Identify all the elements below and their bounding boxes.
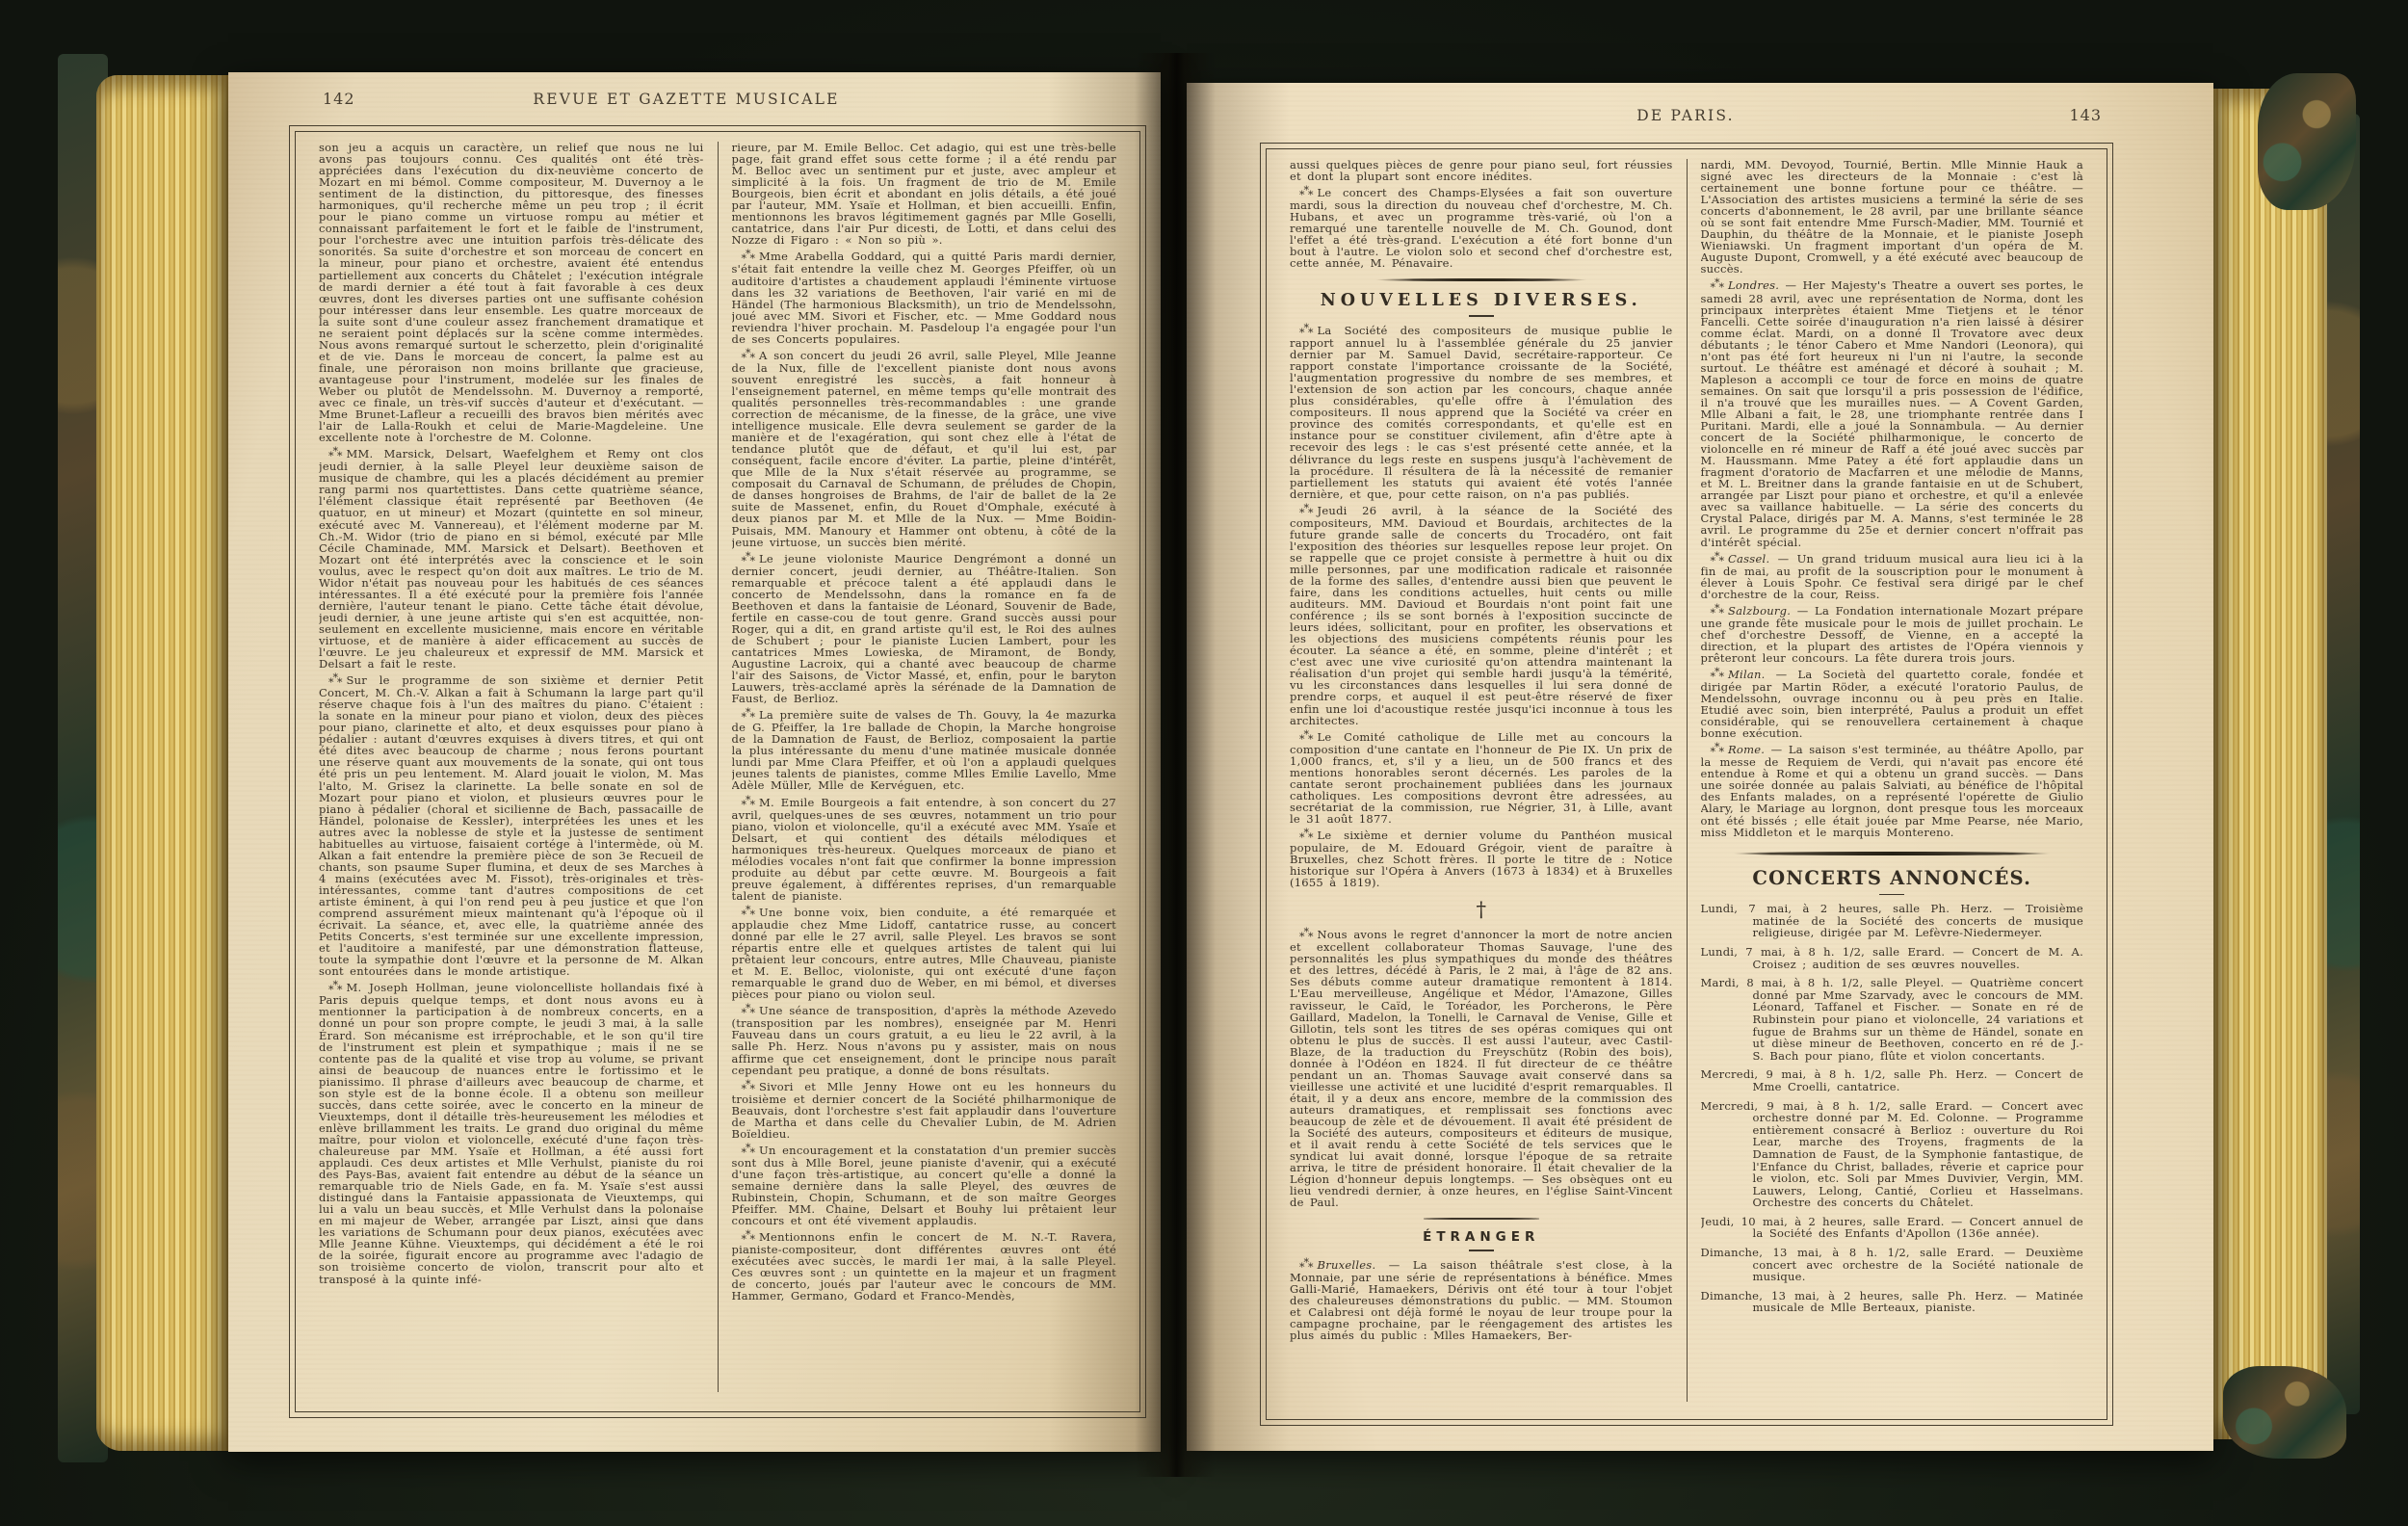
section-heading-nouvelles-diverses: NOUVELLES DIVERSES. (1290, 278, 1673, 317)
section-rule (1375, 278, 1587, 281)
dateline: Milan. (1728, 668, 1766, 681)
marbled-corner-bottom-right (2223, 1366, 2346, 1459)
marbled-corner-top-right (2258, 73, 2356, 210)
left-column-1: son jeu a acquis un caractère, un relief… (319, 142, 704, 1392)
left-page-edges (96, 75, 228, 1451)
news-item: ***Londres. — Her Majesty's Theatre a ou… (1701, 279, 2084, 547)
section-heading-etranger: ÉTRANGER (1290, 1218, 1673, 1251)
news-item: ***Mme Arabella Goddard, qui a quitté Pa… (732, 250, 1117, 344)
news-item: ***Le concert des Champs-Elysées a fait … (1290, 187, 1673, 269)
article-paragraph: aussi quelques pièces de genre pour pian… (1290, 159, 1673, 182)
right-column-1: aussi quelques pièces de genre pour pian… (1290, 159, 1673, 1402)
news-item: ***La Société des compositeurs de musiqu… (1290, 325, 1673, 500)
left-column-2: rieure, par M. Emile Belloc. Cet adagio,… (732, 142, 1117, 1392)
article-paragraph: son jeu a acquis un caractère, un relief… (319, 142, 704, 443)
heading-dash (1469, 1250, 1494, 1251)
news-item: ***Un encouragement et la constatation d… (732, 1144, 1117, 1226)
book-photograph: 142 REVUE ET GAZETTE MUSICALE son jeu a … (0, 0, 2408, 1526)
news-item: ***M. Emile Bourgeois a fait entendre, à… (732, 797, 1117, 902)
section-heading-concerts-annonces: CONCERTS ANNONCÉS. (1701, 852, 2084, 896)
news-item: ***Une séance de transposition, d'après … (732, 1005, 1117, 1075)
news-item: ***Mentionnons enfin le concert de M. N.… (732, 1231, 1117, 1302)
concert-listing: Lundi, 7 mai, à 2 heures, salle Ph. Herz… (1701, 903, 2084, 939)
news-item: ***Cassel. — Un grand triduum musical au… (1701, 553, 2084, 600)
concert-listing: Mercredi, 9 mai, à 8 h. 1/2, salle Ph. H… (1701, 1068, 2084, 1092)
dateline: Salzbourg. (1728, 604, 1791, 618)
left-page: 142 REVUE ET GAZETTE MUSICALE son jeu a … (228, 72, 1161, 1452)
journal-title: REVUE ET GAZETTE MUSICALE (289, 91, 1084, 108)
news-item: ***Jeudi 26 avril, à la séance de la Soc… (1290, 505, 1673, 726)
dateline: Londres. (1728, 278, 1779, 292)
right-page-edges (2213, 89, 2327, 1439)
heading-dash (1879, 894, 1904, 896)
section-rule (1733, 852, 2051, 855)
news-item: ***Sur le programme de son sixième et de… (319, 674, 704, 977)
right-text-frame: aussi quelques pièces de genre pour pian… (1260, 143, 2113, 1426)
dateline: Bruxelles. (1318, 1258, 1376, 1272)
news-item: ***Salzbourg. — La Fondation internation… (1701, 605, 2084, 664)
concert-listing: Jeudi, 10 mai, à 2 heures, salle Erard. … (1701, 1216, 2084, 1240)
left-text-frame: son jeu a acquis un caractère, un relief… (289, 125, 1146, 1418)
obituary-cross-icon: † (1290, 898, 1673, 921)
dateline: Rome. (1728, 743, 1765, 756)
news-item: ***La première suite de valses de Th. Go… (732, 709, 1117, 791)
concert-listing: Dimanche, 13 mai, à 2 heures, salle Ph. … (1701, 1290, 2084, 1314)
news-item: ***MM. Marsick, Delsart, Waefelghem et R… (319, 448, 704, 670)
news-item: ***A son concert du jeudi 26 avril, sall… (732, 350, 1117, 548)
news-item: ***Le sixième et dernier volume du Panth… (1290, 829, 1673, 888)
right-page: DE PARIS. 143 aussi quelques pièces de g… (1187, 83, 2213, 1451)
obituary-item: ***Nous avons le regret d'annoncer la mo… (1290, 929, 1673, 1208)
journal-title-continued: DE PARIS. (1260, 107, 2111, 124)
news-item: ***Rome. — La saison s'est terminée, au … (1701, 744, 2084, 837)
news-item: ***Le Comité catholique de Lille met au … (1290, 731, 1673, 825)
news-item: ***Une bonne voix, bien conduite, a été … (732, 907, 1117, 1000)
news-item: ***Sivori et Mlle Jenny Howe ont eu les … (732, 1081, 1117, 1140)
dateline: Cassel. (1728, 552, 1769, 566)
article-paragraph: nardi, MM. Devoyod, Tournié, Bertin. Mll… (1701, 159, 2084, 275)
concert-listing: Mardi, 8 mai, à 8 h. 1/2, salle Pleyel. … (1701, 977, 2084, 1062)
left-running-head: 142 REVUE ET GAZETTE MUSICALE (228, 90, 1161, 115)
concert-listing: Dimanche, 13 mai, à 8 h. 1/2, salle Erar… (1701, 1247, 2084, 1283)
section-rule (1424, 1218, 1539, 1220)
concert-listing: Lundi, 7 mai, à 8 h. 1/2, salle Erard. —… (1701, 946, 2084, 970)
column-rule (1687, 159, 1688, 1402)
news-item: ***Milan. — La Società del quartetto cor… (1701, 669, 2084, 739)
right-page-number: 143 (2069, 106, 2102, 124)
right-column-2: nardi, MM. Devoyod, Tournié, Bertin. Mll… (1701, 159, 2084, 1402)
right-running-head: DE PARIS. 143 (1187, 106, 2213, 131)
heading-dash (1469, 315, 1494, 317)
concert-listing: Mercredi, 9 mai, à 8 h. 1/2, salle Erard… (1701, 1100, 2084, 1209)
column-rule (718, 142, 719, 1392)
news-item: ***Le jeune violoniste Maurice Dengrémon… (732, 553, 1117, 705)
news-item: ***Bruxelles. — La saison théâtrale s'es… (1290, 1259, 1673, 1341)
news-item: ***M. Joseph Hollman, jeune violoncellis… (319, 982, 704, 1284)
article-paragraph: rieure, par M. Emile Belloc. Cet adagio,… (732, 142, 1117, 246)
